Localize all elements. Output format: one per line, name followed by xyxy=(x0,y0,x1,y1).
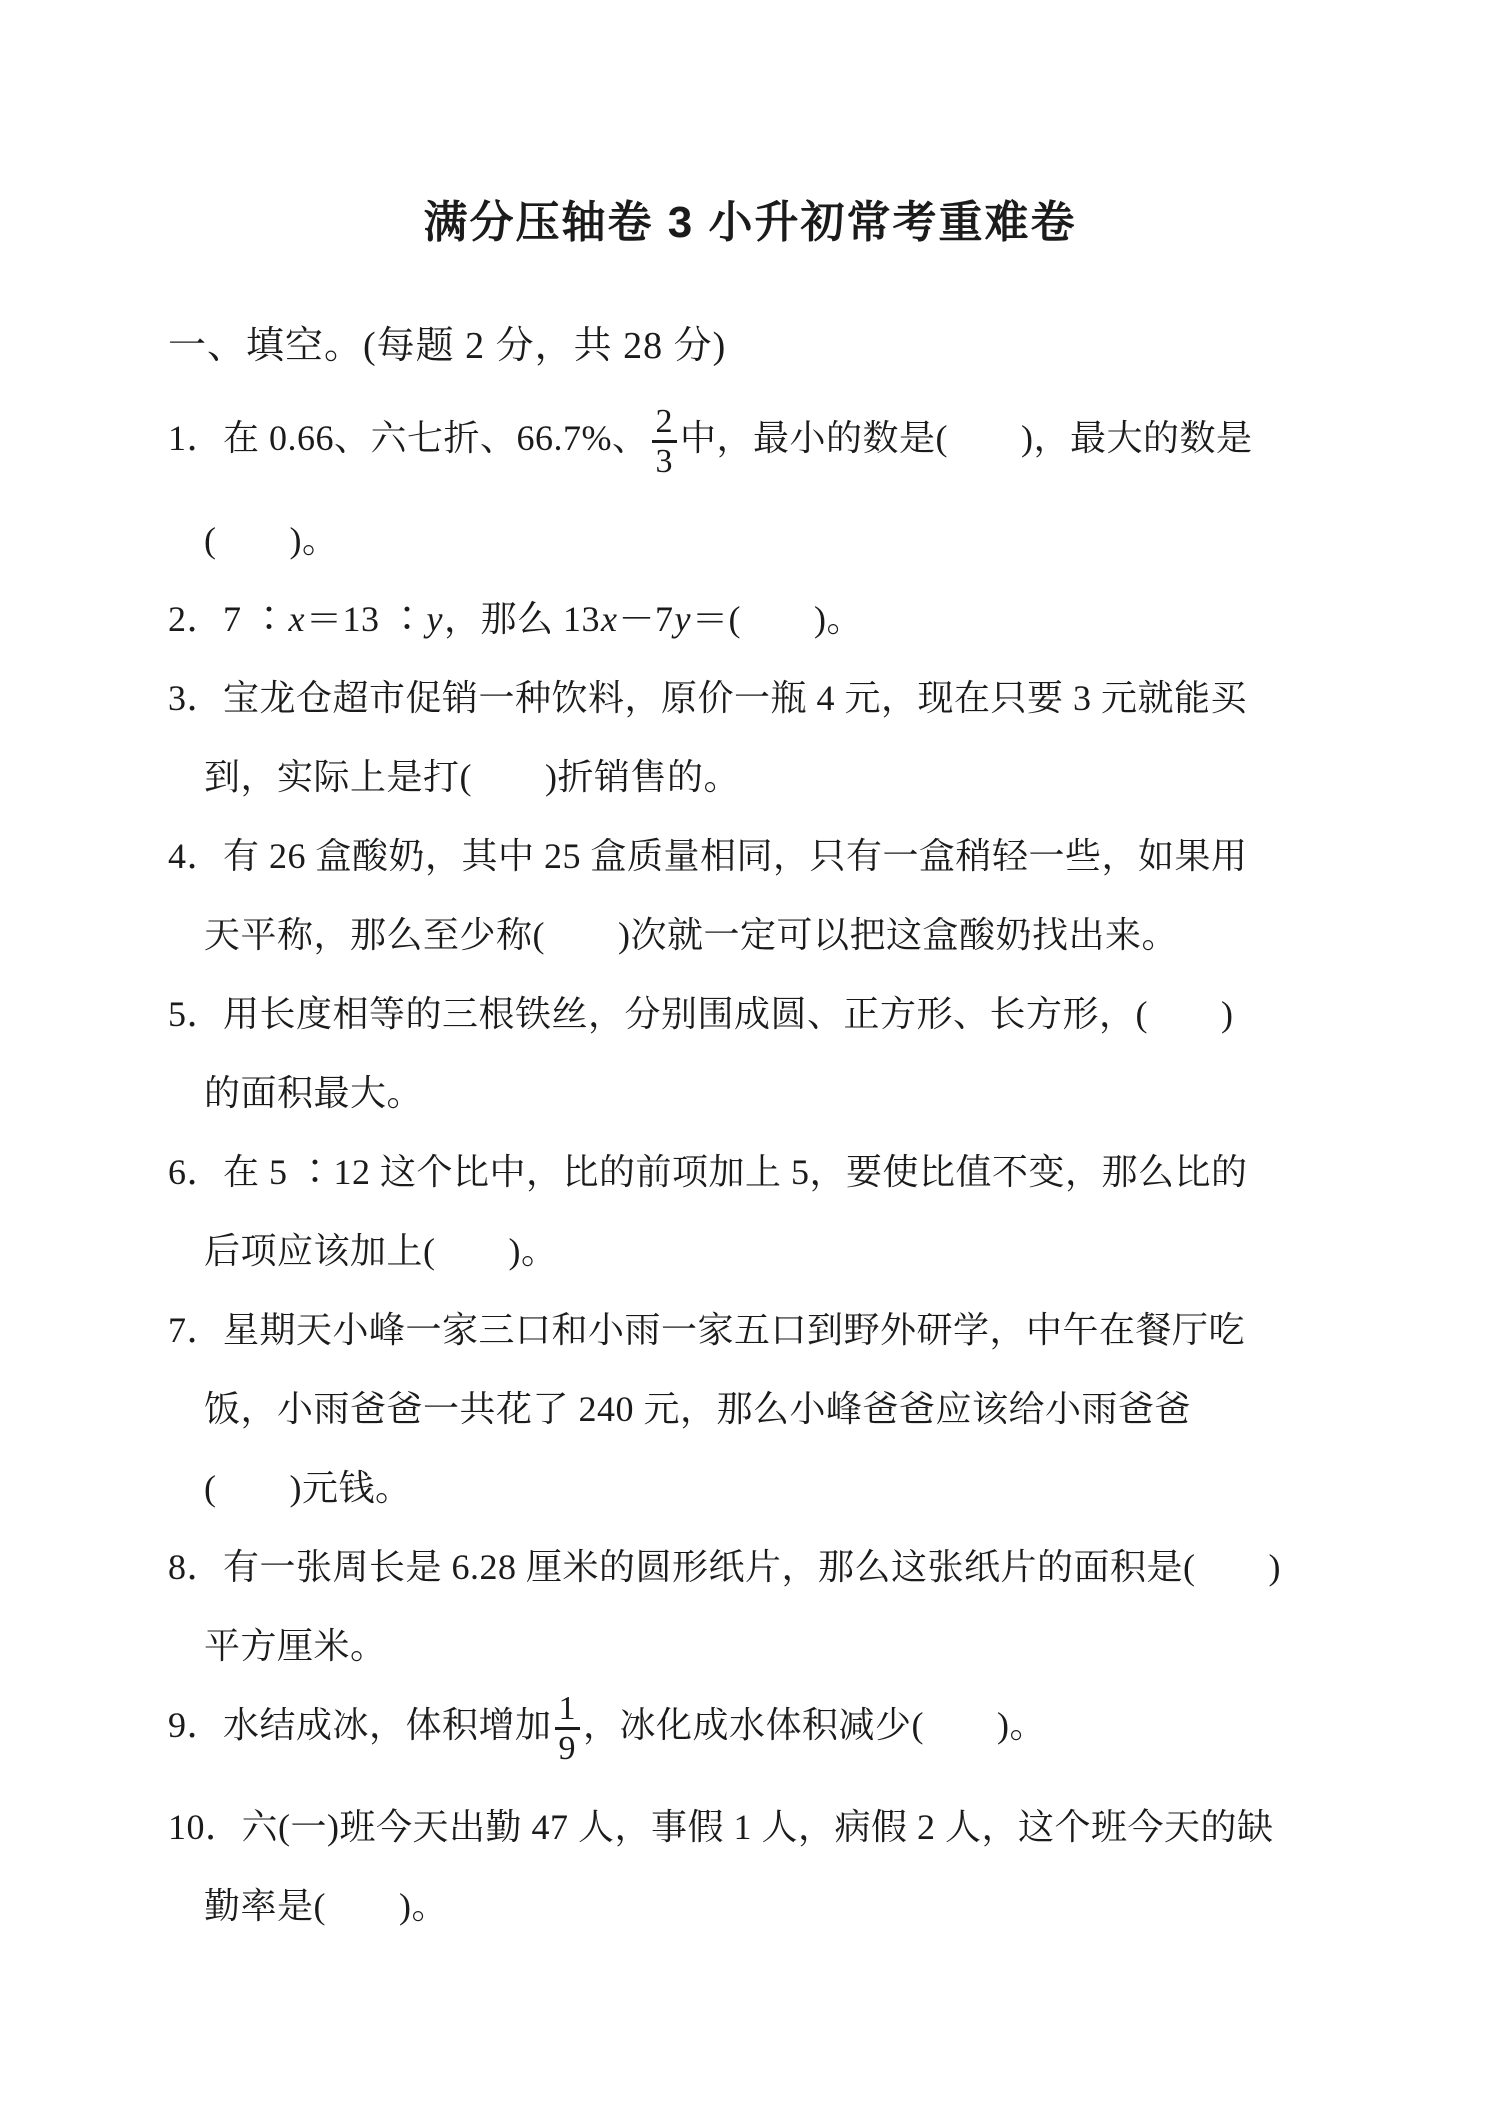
question-text: 到，实际上是打( )折销售的。 xyxy=(204,757,740,797)
question-text: 用长度相等的三根铁丝，分别围成圆、正方形、长方形，( ) xyxy=(223,994,1233,1034)
question-10-number: 10． xyxy=(168,1807,242,1847)
question-text: 有 26 盒酸奶，其中 25 盒质量相同，只有一盒稍轻一些，如果用 xyxy=(223,836,1248,876)
question-3-line-1: 3．宝龙仓超市促销一种饮料，原价一瓶 4 元，现在只要 3 元就能买 xyxy=(168,659,1343,738)
question-10-line-1: 10．六(一)班今天出勤 47 人，事假 1 人，病假 2 人，这个班今天的缺 xyxy=(168,1788,1343,1867)
question-text: 六(一)班今天出勤 47 人，事假 1 人，病假 2 人，这个班今天的缺 xyxy=(242,1807,1274,1847)
math-variable: x xyxy=(600,599,618,639)
question-7-line-3: ( )元钱。 xyxy=(168,1449,1343,1528)
fraction-numerator: 2 xyxy=(652,404,678,444)
document-page: 满分压轴卷 3 小升初常考重难卷 一、填空。(每题 2 分，共 28 分) 1．… xyxy=(0,0,1500,2121)
question-4-number: 4． xyxy=(168,836,223,876)
question-5-number: 5． xyxy=(168,994,223,1034)
fraction-denominator: 3 xyxy=(656,443,674,480)
fraction-2-3: 23 xyxy=(652,404,678,480)
question-text: 有一张周长是 6.28 厘米的圆形纸片，那么这张纸片的面积是( ) xyxy=(223,1547,1281,1587)
question-text: ＝( )。 xyxy=(692,599,863,639)
question-list: 1．在 0.66、六七折、66.7%、23中，最小的数是( )，最大的数是( )… xyxy=(168,399,1343,1946)
question-text: ，冰化成水体积减少( )。 xyxy=(583,1705,1046,1745)
question-text: ( )。 xyxy=(204,520,338,560)
question-10-line-2: 勤率是( )。 xyxy=(168,1867,1343,1946)
question-1-number: 1． xyxy=(168,418,223,458)
question-5-line-2: 的面积最大。 xyxy=(168,1054,1343,1133)
fraction-denominator: 9 xyxy=(559,1730,577,1767)
question-9-line-1: 9．水结成冰，体积增加19，冰化成水体积减少( )。 xyxy=(168,1686,1343,1788)
question-7-number: 7． xyxy=(168,1310,223,1350)
question-text: ，那么 13 xyxy=(444,599,600,639)
question-6-line-1: 6．在 5 ∶12 这个比中，比的前项加上 5，要使比值不变，那么比的 xyxy=(168,1133,1343,1212)
section-heading: 一、填空。(每题 2 分，共 28 分) xyxy=(168,314,726,369)
question-text: 中，最小的数是( )，最大的数是 xyxy=(680,418,1252,458)
question-text: 饭，小雨爸爸一共花了 240 元，那么小峰爸爸应该给小雨爸爸 xyxy=(204,1389,1191,1429)
question-7-line-1: 7．星期天小峰一家三口和小雨一家五口到野外研学，中午在餐厅吃 xyxy=(168,1291,1343,1370)
question-9-number: 9． xyxy=(168,1705,223,1745)
question-3-line-2: 到，实际上是打( )折销售的。 xyxy=(168,738,1343,817)
question-4-line-2: 天平称，那么至少称( )次就一定可以把这盒酸奶找出来。 xyxy=(168,896,1343,975)
question-text: ＝13 ∶ xyxy=(306,599,426,639)
question-text: 天平称，那么至少称( )次就一定可以把这盒酸奶找出来。 xyxy=(204,915,1178,955)
question-text: 水结成冰，体积增加 xyxy=(223,1705,552,1745)
question-8-number: 8． xyxy=(168,1547,223,1587)
question-text: 宝龙仓超市促销一种饮料，原价一瓶 4 元，现在只要 3 元就能买 xyxy=(223,678,1247,718)
math-variable: y xyxy=(674,599,692,639)
question-1-line-1: 1．在 0.66、六七折、66.7%、23中，最小的数是( )，最大的数是 xyxy=(168,399,1343,501)
fraction-numerator: 1 xyxy=(555,1691,581,1731)
fraction-1-9: 19 xyxy=(555,1691,581,1767)
question-text: 平方厘米。 xyxy=(204,1626,387,1666)
math-variable: x xyxy=(288,599,306,639)
question-3-number: 3． xyxy=(168,678,223,718)
question-2-number: 2． xyxy=(168,599,223,639)
question-text: －7 xyxy=(619,599,674,639)
question-8-line-1: 8．有一张周长是 6.28 厘米的圆形纸片，那么这张纸片的面积是( ) xyxy=(168,1528,1343,1607)
question-1-line-2: ( )。 xyxy=(168,501,1343,580)
question-7-line-2: 饭，小雨爸爸一共花了 240 元，那么小峰爸爸应该给小雨爸爸 xyxy=(168,1370,1343,1449)
question-5-line-1: 5．用长度相等的三根铁丝，分别围成圆、正方形、长方形，( ) xyxy=(168,975,1343,1054)
question-2-line-1: 2．7 ∶x＝13 ∶y，那么 13x－7y＝( )。 xyxy=(168,580,1343,659)
question-6-number: 6． xyxy=(168,1152,223,1192)
math-variable: y xyxy=(426,599,444,639)
question-text: 勤率是( )。 xyxy=(204,1886,448,1926)
question-6-line-2: 后项应该加上( )。 xyxy=(168,1212,1343,1291)
question-text: ( )元钱。 xyxy=(204,1468,411,1508)
paper-title: 满分压轴卷 3 小升初常考重难卷 xyxy=(0,186,1500,250)
question-4-line-1: 4．有 26 盒酸奶，其中 25 盒质量相同，只有一盒稍轻一些，如果用 xyxy=(168,817,1343,896)
question-text: 在 0.66、六七折、66.7%、 xyxy=(223,418,649,458)
question-text: 7 ∶ xyxy=(223,599,288,639)
question-text: 星期天小峰一家三口和小雨一家五口到野外研学，中午在餐厅吃 xyxy=(223,1310,1245,1350)
question-8-line-2: 平方厘米。 xyxy=(168,1607,1343,1686)
question-text: 后项应该加上( )。 xyxy=(204,1231,557,1271)
question-text: 在 5 ∶12 这个比中，比的前项加上 5，要使比值不变，那么比的 xyxy=(223,1152,1248,1192)
question-text: 的面积最大。 xyxy=(204,1073,423,1113)
